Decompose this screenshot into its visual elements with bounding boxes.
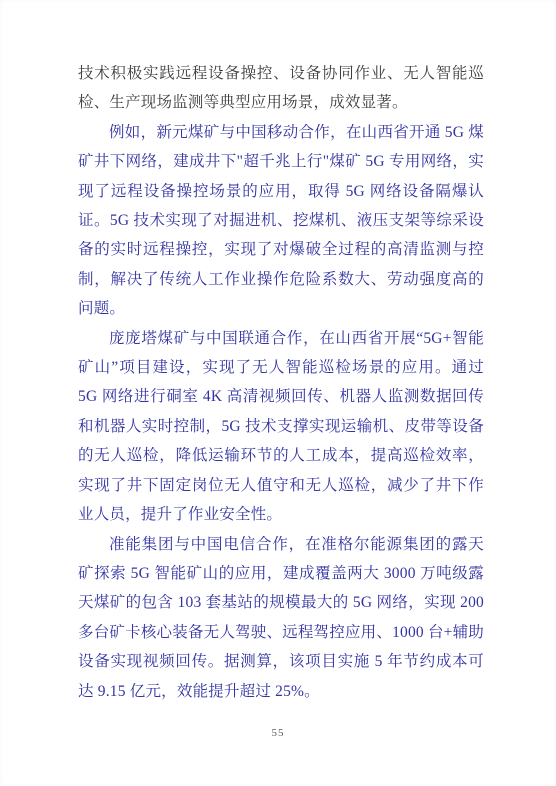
paragraph-xinyuan-coal-mine: 例如，新元煤矿与中国移动合作，在山西省开通 5G 煤矿井下网络，建成井下"超千兆… bbox=[78, 118, 484, 324]
paragraph-pangpangta-coal-mine: 庞庞塔煤矿与中国联通合作，在山西省开展“5G+智能矿山”项目建设，实现了无人智能… bbox=[78, 324, 484, 530]
paragraph-continuation: 技术积极实践远程设备操控、设备协同作业、无人智能巡检、生产现场监测等典型应用场景… bbox=[78, 59, 484, 118]
document-page: 技术积极实践远程设备操控、设备协同作业、无人智能巡检、生产现场监测等典型应用场景… bbox=[0, 0, 556, 786]
page-number: 55 bbox=[0, 727, 556, 739]
text-block: 技术积极实践远程设备操控、设备协同作业、无人智能巡检、生产现场监测等典型应用场景… bbox=[78, 59, 484, 706]
paragraph-zhunneng-group: 准能集团与中国电信合作，在准格尔能源集团的露天矿探索 5G 智能矿山的应用，建成… bbox=[78, 530, 484, 706]
